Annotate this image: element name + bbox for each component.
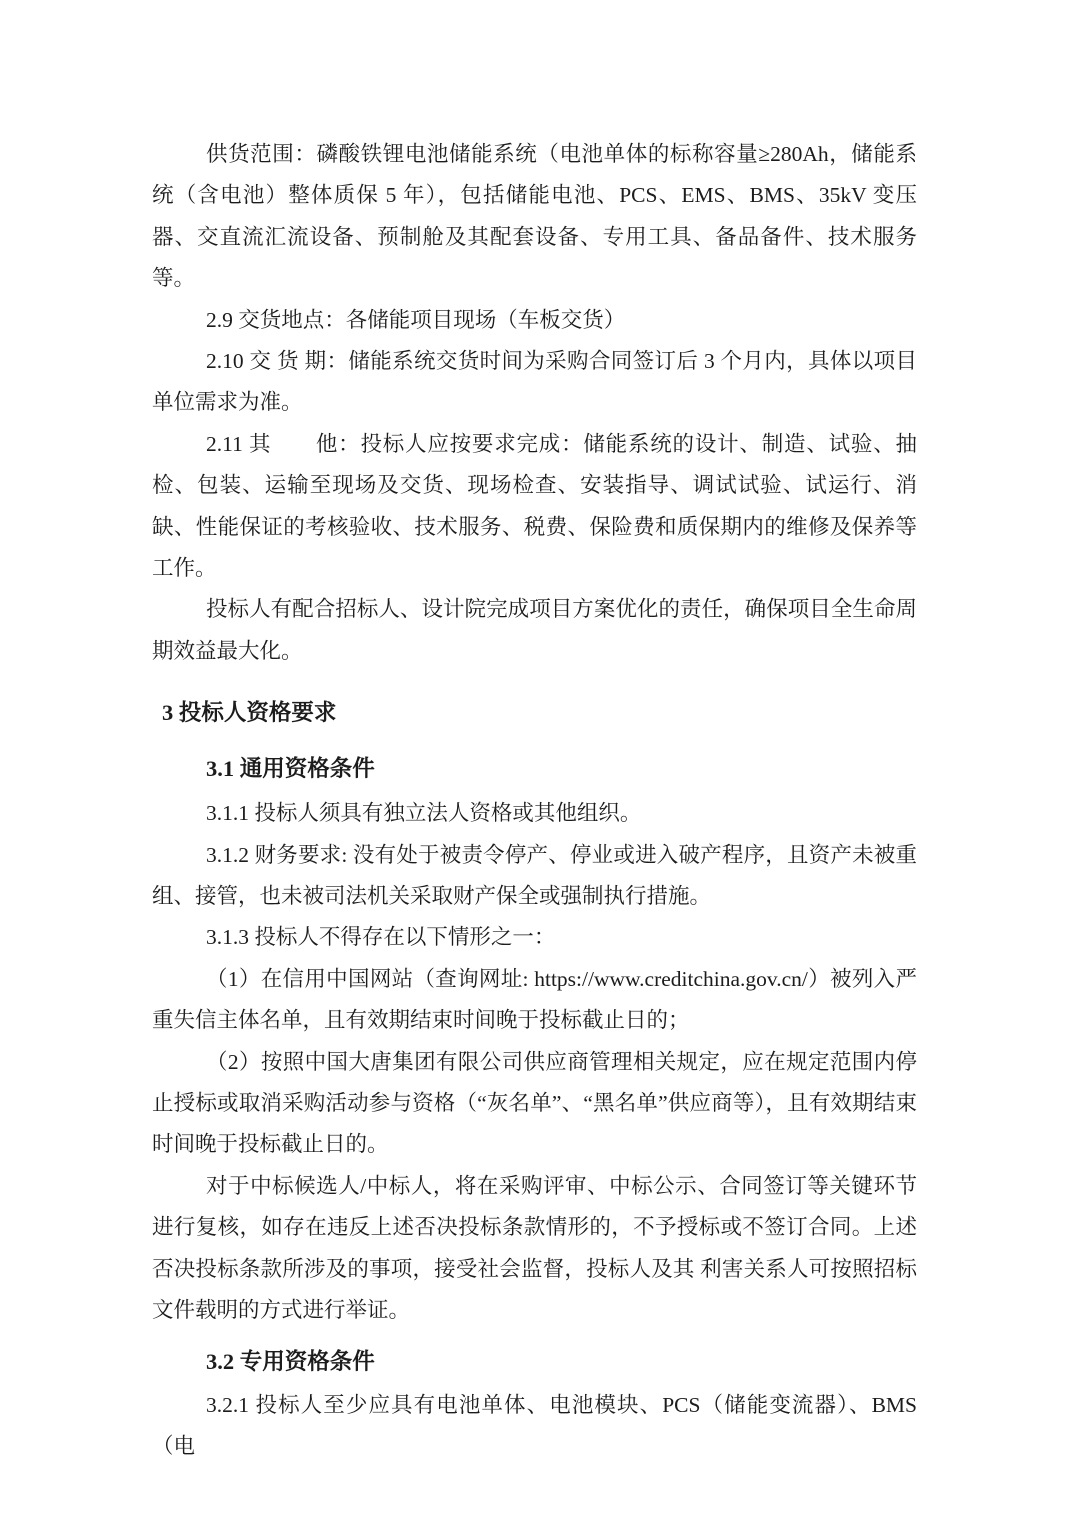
clause-2-9-delivery-place: 2.9 交货地点：各储能项目现场（车板交货）: [152, 300, 917, 341]
document-body: 供货范围：磷酸铁锂电池储能系统（电池单体的标称容量≥280Ah，储能系统（含电池…: [152, 134, 917, 1468]
document-page: 供货范围：磷酸铁锂电池储能系统（电池单体的标称容量≥280Ah，储能系统（含电池…: [0, 0, 1080, 1527]
clause-2-10-delivery-period: 2.10 交 货 期：储能系统交货时间为采购合同签订后 3 个月内，具体以项目单…: [152, 341, 917, 424]
item-2-datang-supplier-rules: （2）按照中国大唐集团有限公司供应商管理相关规定，应在规定范围内停止授标或取消采…: [152, 1042, 917, 1166]
paragraph-winner-review: 对于中标候选人/中标人，将在采购评审、中标公示、合同签订等关键环节进行复核，如存…: [152, 1166, 917, 1332]
clause-3-1-1-legal-person: 3.1.1 投标人须具有独立法人资格或其他组织。: [152, 793, 917, 834]
clause-3-1-2-financial-requirements: 3.1.2 财务要求: 没有处于被责令停产、停业或进入破产程序，且资产未被重组、…: [152, 835, 917, 918]
paragraph-supply-scope: 供货范围：磷酸铁锂电池储能系统（电池单体的标称容量≥280Ah，储能系统（含电池…: [152, 134, 917, 300]
heading-3-2-special-qualification: 3.2 专用资格条件: [152, 1341, 917, 1382]
heading-3-bidder-qualification-requirements: 3 投标人资格要求: [152, 692, 917, 733]
paragraph-bidder-cooperation: 投标人有配合招标人、设计院完成项目方案优化的责任，确保项目全生命周期效益最大化。: [152, 589, 917, 672]
clause-2-11-others: 2.11 其 他：投标人应按要求完成：储能系统的设计、制造、试验、抽检、包装、运…: [152, 424, 917, 590]
item-1-creditchina-blacklist: （1）在信用中国网站（查询网址: https://www.creditchina…: [152, 959, 917, 1042]
heading-3-1-general-qualification: 3.1 通用资格条件: [152, 748, 917, 789]
clause-3-2-1-capability: 3.2.1 投标人至少应具有电池单体、电池模块、PCS（储能变流器）、BMS（电: [152, 1385, 917, 1468]
clause-3-1-3-prohibited-situations: 3.1.3 投标人不得存在以下情形之一：: [152, 917, 917, 958]
